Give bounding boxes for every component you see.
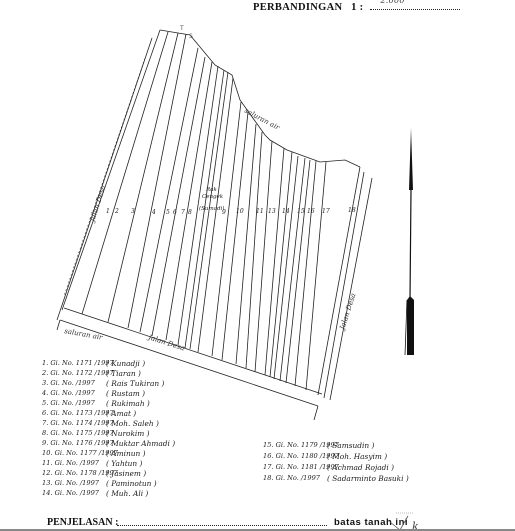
- explanation-label: PENJELASAN :: [47, 517, 118, 528]
- legend-row: 14. Gi. No. /1997( Muh. Ali ): [42, 489, 148, 498]
- legend-row: 8. Gi. No. 1175 /1997( Nurokim ): [42, 429, 150, 438]
- center-note-2: Cengek: [202, 194, 224, 200]
- legend-row: 10. Gi. No. 1177 /1997( Aminun ): [42, 449, 145, 458]
- legend-row: 13. Gi. No. /1997( Paminotun ): [42, 479, 157, 488]
- legend-row: 17. Gi. No. 1181 /1997( Achmad Rojadi ): [263, 463, 394, 472]
- footer: PENJELASAN : batas tanah ini k: [0, 516, 515, 531]
- north-arrow-icon: [405, 128, 414, 355]
- road-label-southwest: saluran air: [64, 327, 104, 342]
- svg-text:17: 17: [322, 208, 330, 215]
- legend-row: 5. Gi. No. /1997( Rukimah ): [42, 399, 150, 408]
- svg-text:13: 13: [268, 208, 276, 215]
- explanation-line: [117, 525, 327, 526]
- svg-text:7: 7: [181, 209, 185, 216]
- svg-text:2: 2: [114, 208, 119, 215]
- legend-row: 2. Gi. No. 1172 /1997( Tiaran ): [42, 369, 141, 378]
- legend-row: 6. Gi. No. 1173 /1997( Amat ): [42, 409, 136, 418]
- svg-text:18: 18: [348, 207, 356, 214]
- svg-text:10: 10: [236, 208, 244, 215]
- legend-row: 18. Gi. No. /1997( Sadarminto Basuki ): [263, 474, 409, 483]
- legend-row: 1. Gi. No. 1171 /1997( Kunadji ): [42, 359, 145, 368]
- svg-text:4: 4: [151, 209, 156, 216]
- legend-row: 4. Gi. No. /1997( Rustam ): [42, 389, 145, 398]
- legend-row: 9. Gi. No. 1176 /1997( Muktar Ahmadi ): [42, 439, 175, 448]
- svg-text:T: T: [179, 25, 184, 32]
- svg-text:6: 6: [173, 209, 177, 216]
- road-label-west: Jalan Desa: [88, 184, 108, 224]
- svg-text:8: 8: [188, 209, 192, 216]
- svg-text:11: 11: [256, 208, 264, 215]
- boundary-symbol-icon: k: [388, 510, 428, 531]
- legend-row: 15. Gi. No. 1179 /1997( Samsudin ): [263, 441, 374, 450]
- svg-text:15: 15: [297, 208, 305, 215]
- svg-text:3: 3: [131, 208, 135, 215]
- legend-row: 11. Gi. No. /1997( Yahtun ): [42, 459, 142, 468]
- legend-row: 7. Gi. No. 1174 /1997( Moh. Saleh ): [42, 419, 159, 428]
- svg-text:14: 14: [282, 208, 290, 215]
- road-label-north: saluran air: [243, 107, 281, 132]
- legend-row: 16. Gi. No. 1180 /1997( Moh. Hasyim ): [263, 452, 387, 461]
- svg-text:5: 5: [166, 209, 170, 216]
- svg-text:16: 16: [307, 208, 315, 215]
- road-label-east: Jalan Desa: [338, 292, 358, 332]
- center-note-1: Rak: [205, 187, 218, 193]
- legend-row: 3. Gi. No. /1997( Rais Tukiran ): [42, 379, 164, 388]
- legend-row: 12. Gi. No. 1178 /1997( Jasinem ): [42, 469, 146, 478]
- svg-text:1: 1: [106, 208, 110, 215]
- center-note-3: (Sumadi): [199, 205, 224, 212]
- svg-text:S: S: [189, 33, 193, 40]
